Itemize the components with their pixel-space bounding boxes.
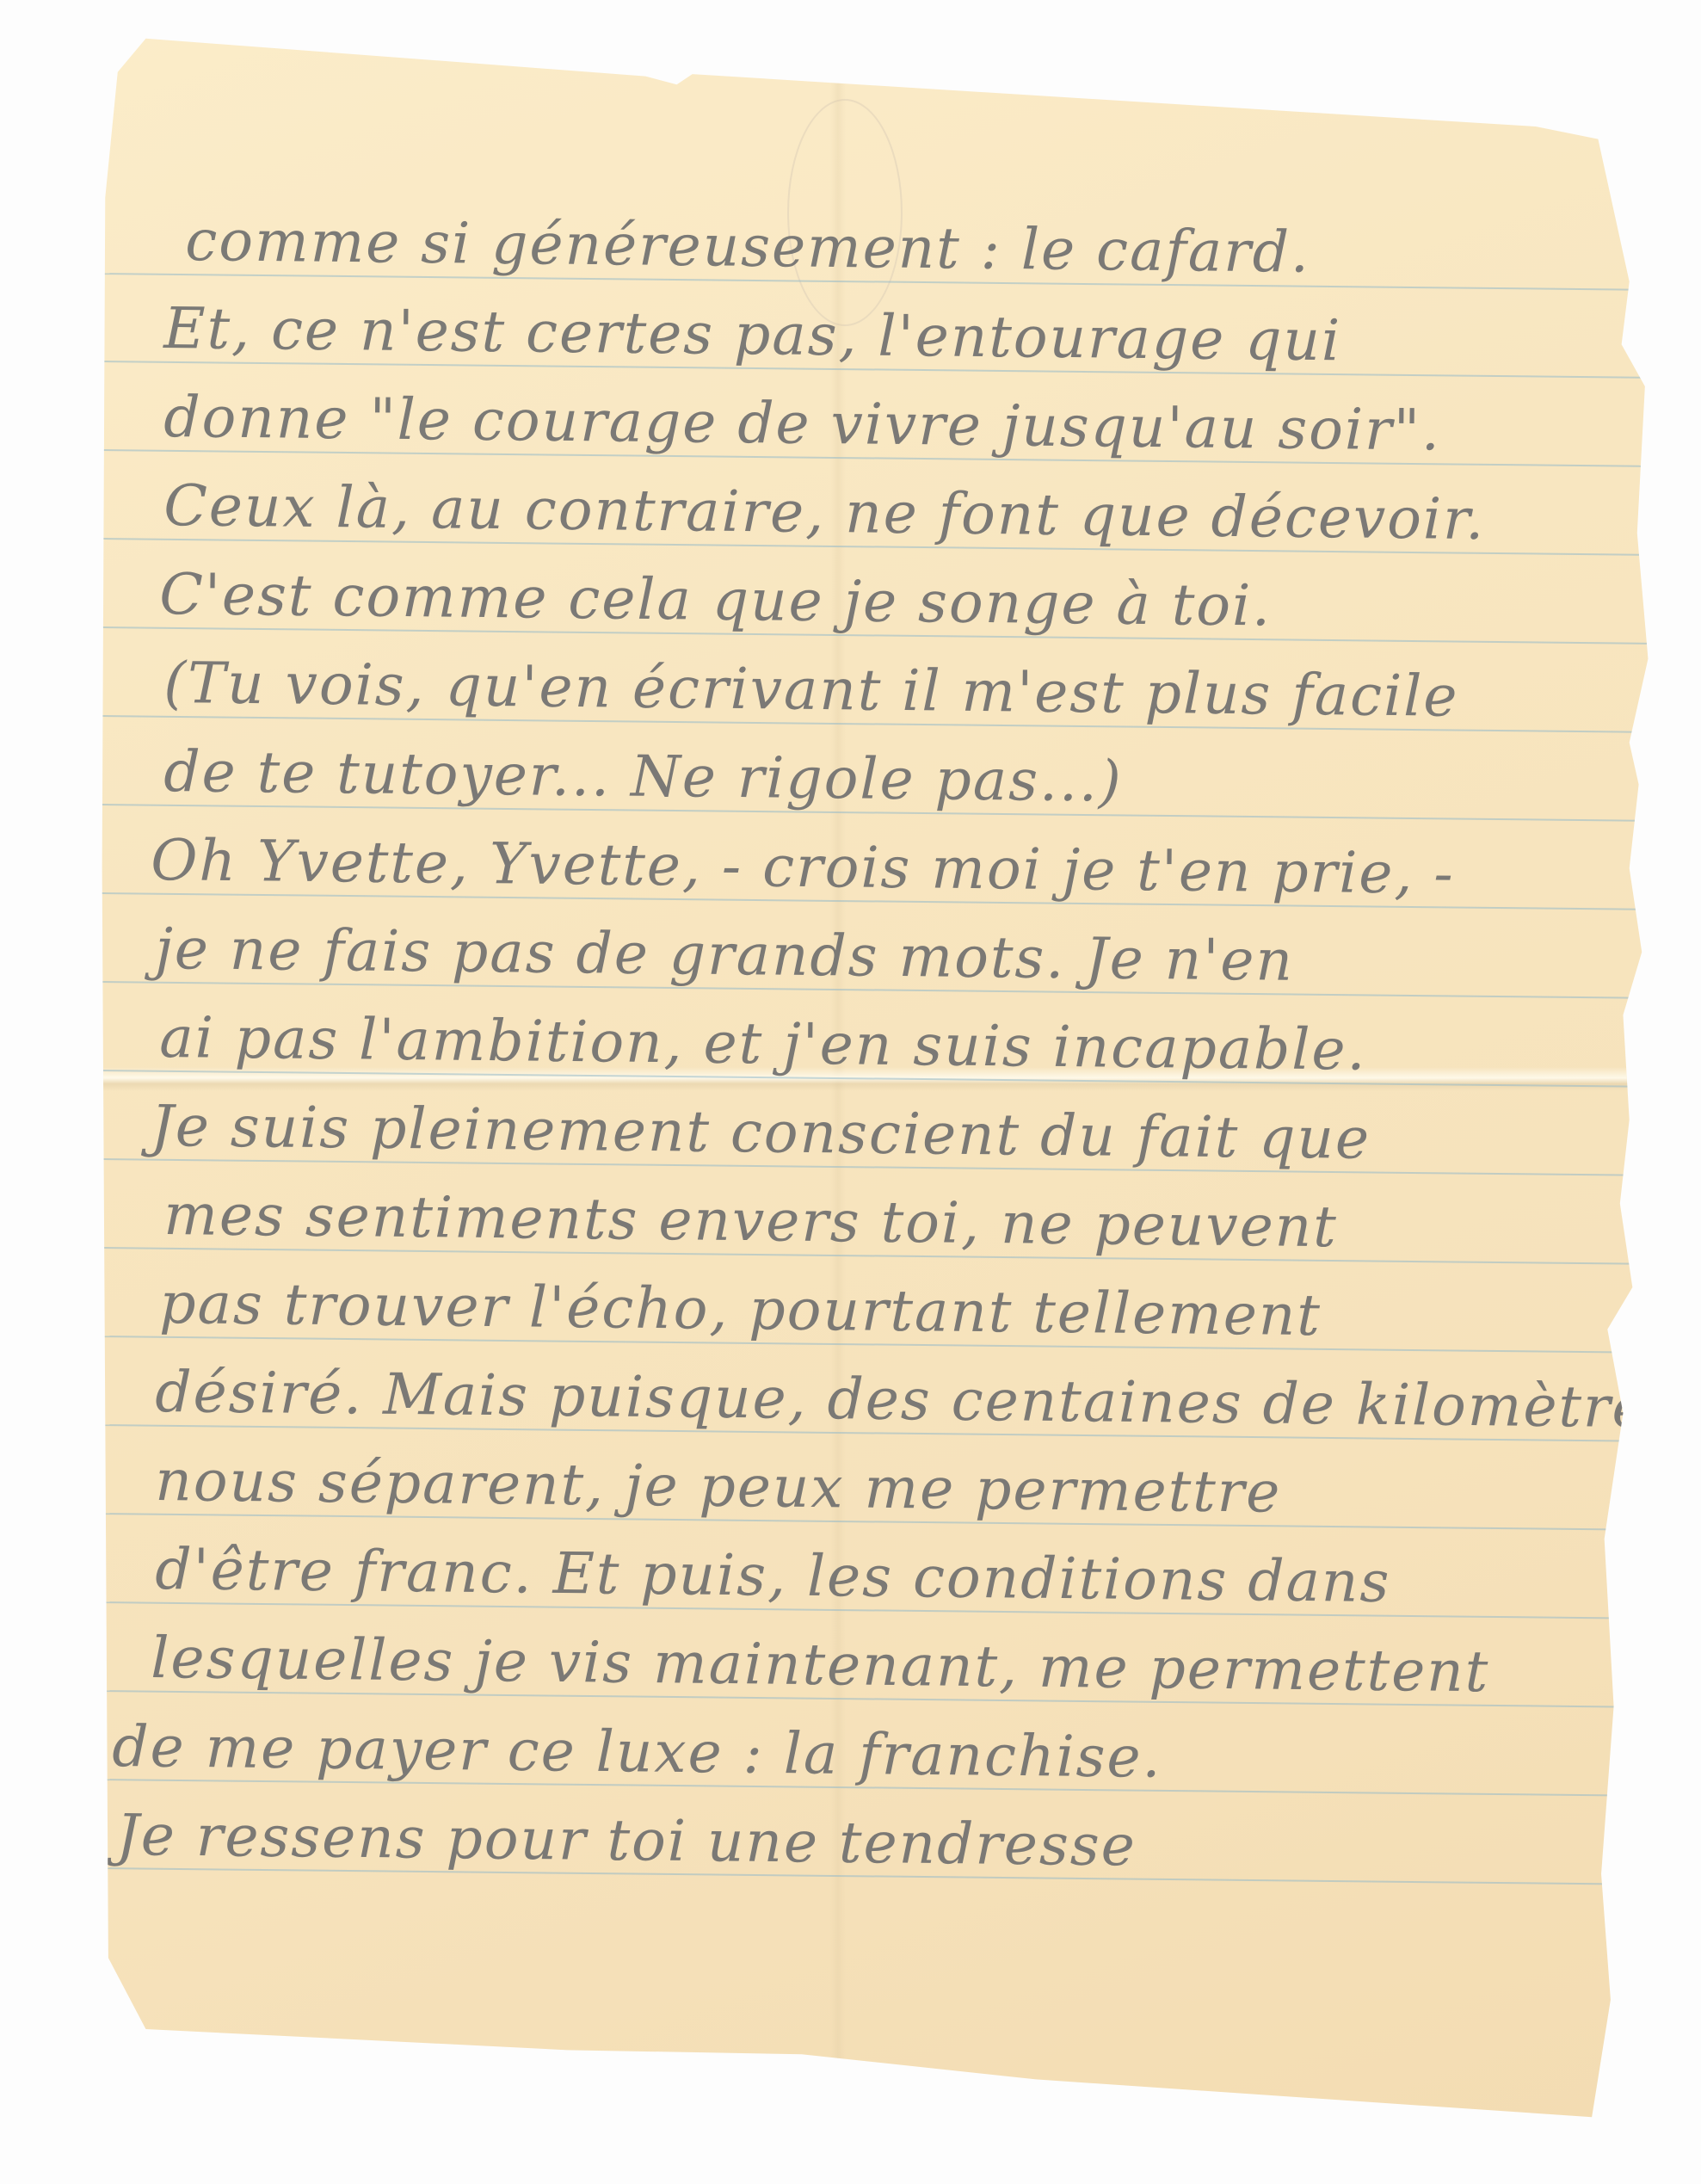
letter-line: Je suis pleinement conscient du fait que [151, 1093, 1371, 1172]
letter-line: d'être franc. Et puis, les conditions da… [155, 1536, 1391, 1615]
letter-line: de me payer ce luxe : la franchise. [112, 1713, 1162, 1791]
letter-line: comme si généreusement : le cafard. [185, 207, 1310, 286]
letter-line: mes sentiments envers toi, ne peuvent [163, 1181, 1338, 1260]
letter-line: Je ressens pour toi une tendresse [116, 1802, 1137, 1879]
letter-line: lesquelles je vis maintenant, me permett… [151, 1625, 1490, 1705]
letter-line: donne "le courage de vivre jusqu'au soir… [163, 384, 1441, 464]
letter-line: (Tu vois, qu'en écrivant il m'est plus f… [163, 650, 1459, 730]
letter-line: ai pas l'ambition, et j'en suis incapabl… [159, 1004, 1367, 1083]
letter-line: nous séparent, je peux me permettre [155, 1447, 1282, 1526]
letter-sheet: comme si généreusement : le cafard. Et, … [99, 30, 1661, 2125]
letter-line: je ne fais pas de grands mots. Je n'en [155, 916, 1294, 994]
letter-line: Et, ce n'est certes pas, l'entourage qui [163, 295, 1342, 373]
letter-line: Ceux là, au contraire, ne font que décev… [163, 472, 1486, 552]
letter-line: Oh Yvette, Yvette, - crois moi je t'en p… [151, 827, 1455, 907]
letter-line: de te tutoyer... Ne rigole pas...) [163, 738, 1123, 815]
letter-line: pas trouver l'écho, pourtant tellement [159, 1270, 1322, 1348]
letter-line: C'est comme cela que je songe à toi. [159, 561, 1273, 639]
